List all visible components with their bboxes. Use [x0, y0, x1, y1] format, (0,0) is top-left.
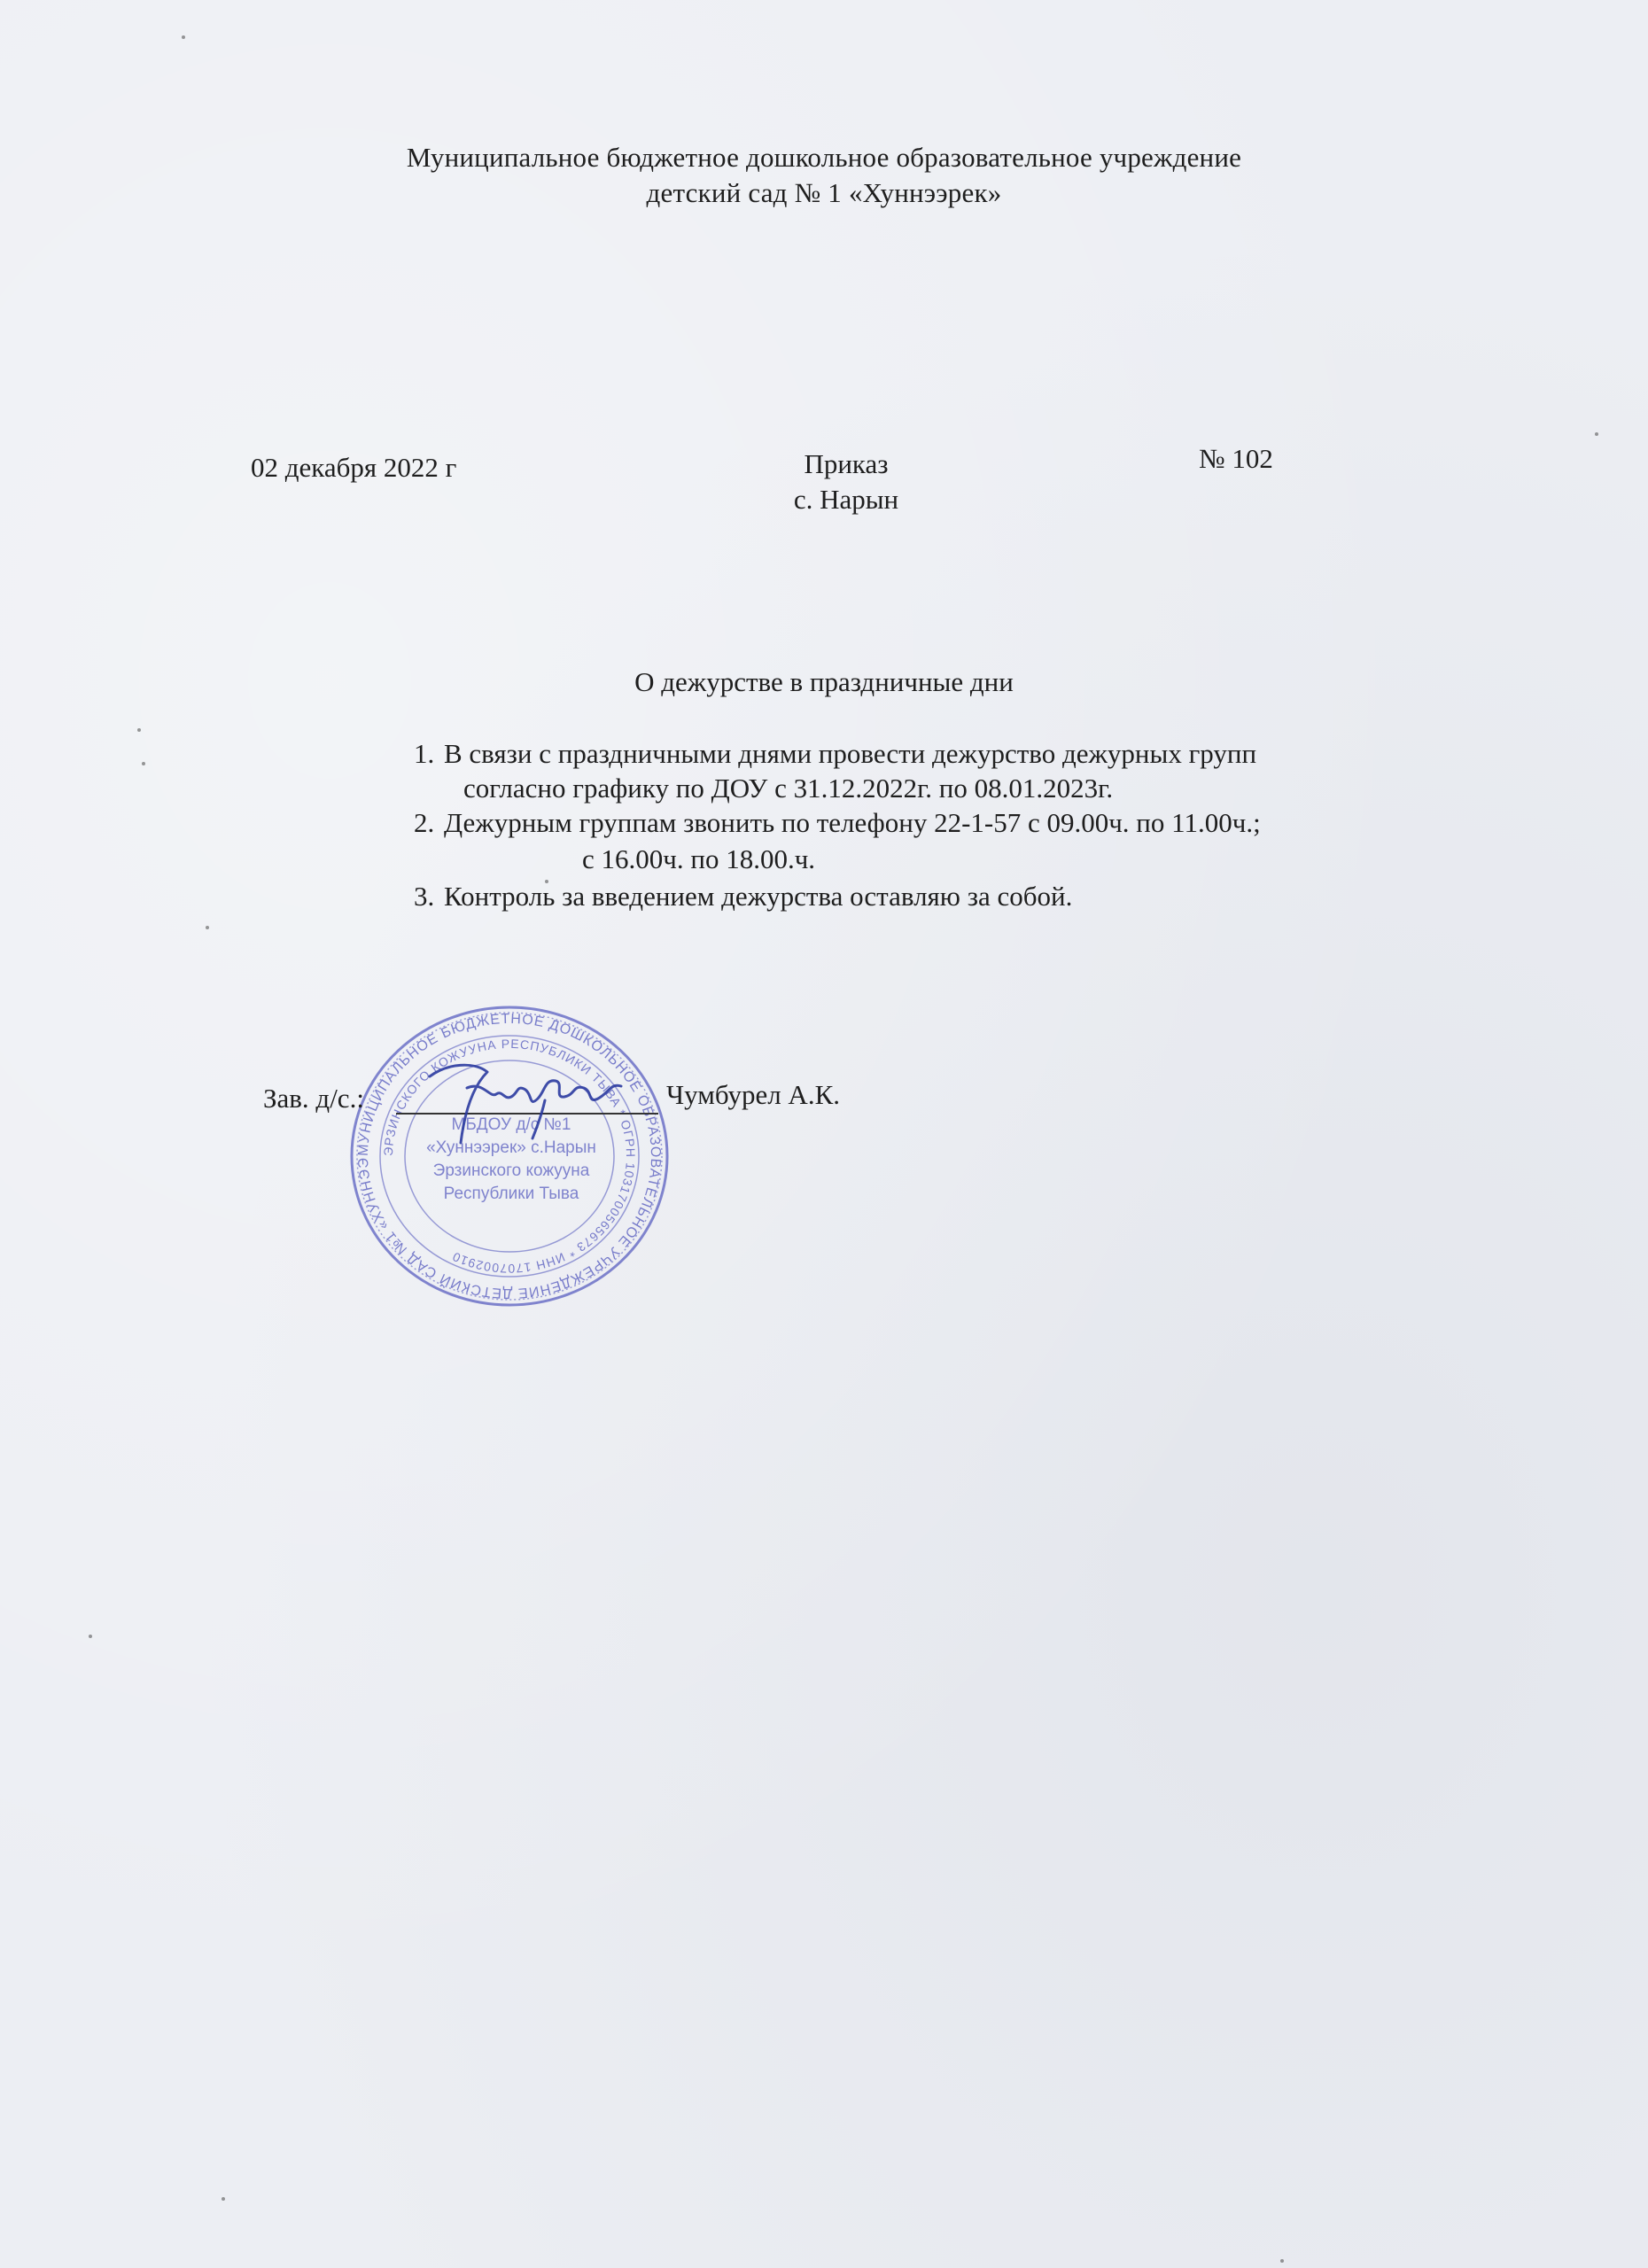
scan-speck: [137, 728, 141, 732]
scan-speck: [89, 1635, 92, 1638]
scan-speck: [1595, 432, 1598, 436]
order-item-2-continuation: с 16.00ч. по 18.00.ч.: [582, 843, 815, 875]
item-text: Контроль за введением дежурства оставляю…: [444, 881, 1072, 912]
order-item-1: 1.В связи с праздничными днями провести …: [414, 738, 1256, 770]
order-subject: О дежурстве в праздничные дни: [0, 666, 1648, 698]
handwritten-signature: [412, 1045, 642, 1161]
institution-name-line-1: Муниципальное бюджетное дошкольное образ…: [0, 142, 1648, 174]
scan-speck: [182, 35, 185, 39]
item-text: В связи с праздничными днями провести де…: [444, 738, 1256, 769]
scan-speck: [1280, 2259, 1284, 2263]
institution-name-line-2: детский сад № 1 «Хуннээрек»: [0, 177, 1648, 209]
order-item-2: 2.Дежурным группам звонить по телефону 2…: [414, 807, 1261, 839]
scan-speck: [545, 880, 548, 883]
svg-text:Республики Тыва: Республики Тыва: [444, 1184, 579, 1203]
item-number: 1.: [414, 738, 444, 770]
order-title: Приказ: [713, 448, 979, 480]
item-number: 2.: [414, 807, 444, 839]
scan-speck: [222, 2197, 225, 2201]
order-item-1-continuation: согласно графику по ДОУ с 31.12.2022г. п…: [463, 773, 1113, 804]
order-place: с. Нарын: [713, 484, 979, 516]
signature-scribble-icon: [412, 1045, 642, 1161]
order-date: 02 декабря 2022 г: [251, 452, 456, 484]
signatory-name: Чумбурел А.К.: [666, 1079, 840, 1111]
signatory-position: Зав. д/с.:: [263, 1083, 364, 1115]
scanned-document-page: Муниципальное бюджетное дошкольное образ…: [0, 0, 1648, 2268]
scan-speck: [206, 926, 209, 929]
svg-text:Эрзинского кожууна: Эрзинского кожууна: [433, 1161, 590, 1180]
item-number: 3.: [414, 881, 444, 913]
order-item-3: 3.Контроль за введением дежурства оставл…: [414, 881, 1072, 913]
scan-speck: [142, 762, 145, 765]
order-number: № 102: [1199, 443, 1273, 475]
item-text: Дежурным группам звонить по телефону 22-…: [444, 807, 1261, 838]
